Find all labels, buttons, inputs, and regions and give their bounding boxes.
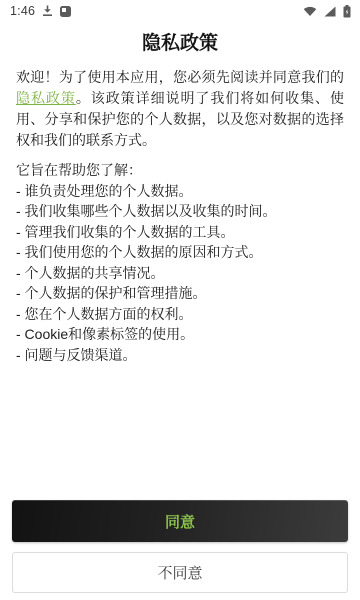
notification-thumbnail-icon <box>60 6 71 17</box>
clock: 1:46 <box>10 4 35 18</box>
agree-button[interactable]: 同意 <box>12 500 348 542</box>
download-icon <box>42 5 53 17</box>
list-header: 它旨在帮助您了解： <box>16 160 344 181</box>
cellular-signal-icon <box>324 6 336 17</box>
wifi-icon <box>303 6 317 17</box>
list-item: - 问题与反馈渠道。 <box>16 345 344 366</box>
list-item: - 管理我们收集的个人数据的工具。 <box>16 222 344 243</box>
disagree-button[interactable]: 不同意 <box>12 552 348 593</box>
list-item: - 谁负责处理您的个人数据。 <box>16 181 344 202</box>
status-bar-right <box>303 5 351 18</box>
list-item: - 个人数据的保护和管理措施。 <box>16 283 344 304</box>
content: 欢迎！为了使用本应用，您必须先阅读并同意我们的隐私政策。该政策详细说明了我们将如… <box>0 67 360 365</box>
list-item: - Cookie和像素标签的使用。 <box>16 324 344 345</box>
policy-topics-list: - 谁负责处理您的个人数据。 - 我们收集哪些个人数据以及收集的时间。 - 管理… <box>16 181 344 366</box>
battery-icon <box>343 5 351 18</box>
list-item: - 个人数据的共享情况。 <box>16 263 344 284</box>
privacy-policy-screen: 1:46 <box>0 0 360 600</box>
status-bar-left: 1:46 <box>10 4 71 18</box>
privacy-policy-link[interactable]: 隐私政策 <box>16 90 76 106</box>
status-bar: 1:46 <box>0 0 360 22</box>
page-title: 隐私政策 <box>0 33 360 55</box>
intro-paragraph: 欢迎！为了使用本应用，您必须先阅读并同意我们的隐私政策。该政策详细说明了我们将如… <box>16 67 344 151</box>
intro-text-before: 欢迎！为了使用本应用，您必须先阅读并同意我们的 <box>16 69 344 85</box>
list-item: - 您在个人数据方面的权利。 <box>16 304 344 325</box>
list-item: - 我们收集哪些个人数据以及收集的时间。 <box>16 201 344 222</box>
list-item: - 我们使用您的个人数据的原因和方式。 <box>16 242 344 263</box>
